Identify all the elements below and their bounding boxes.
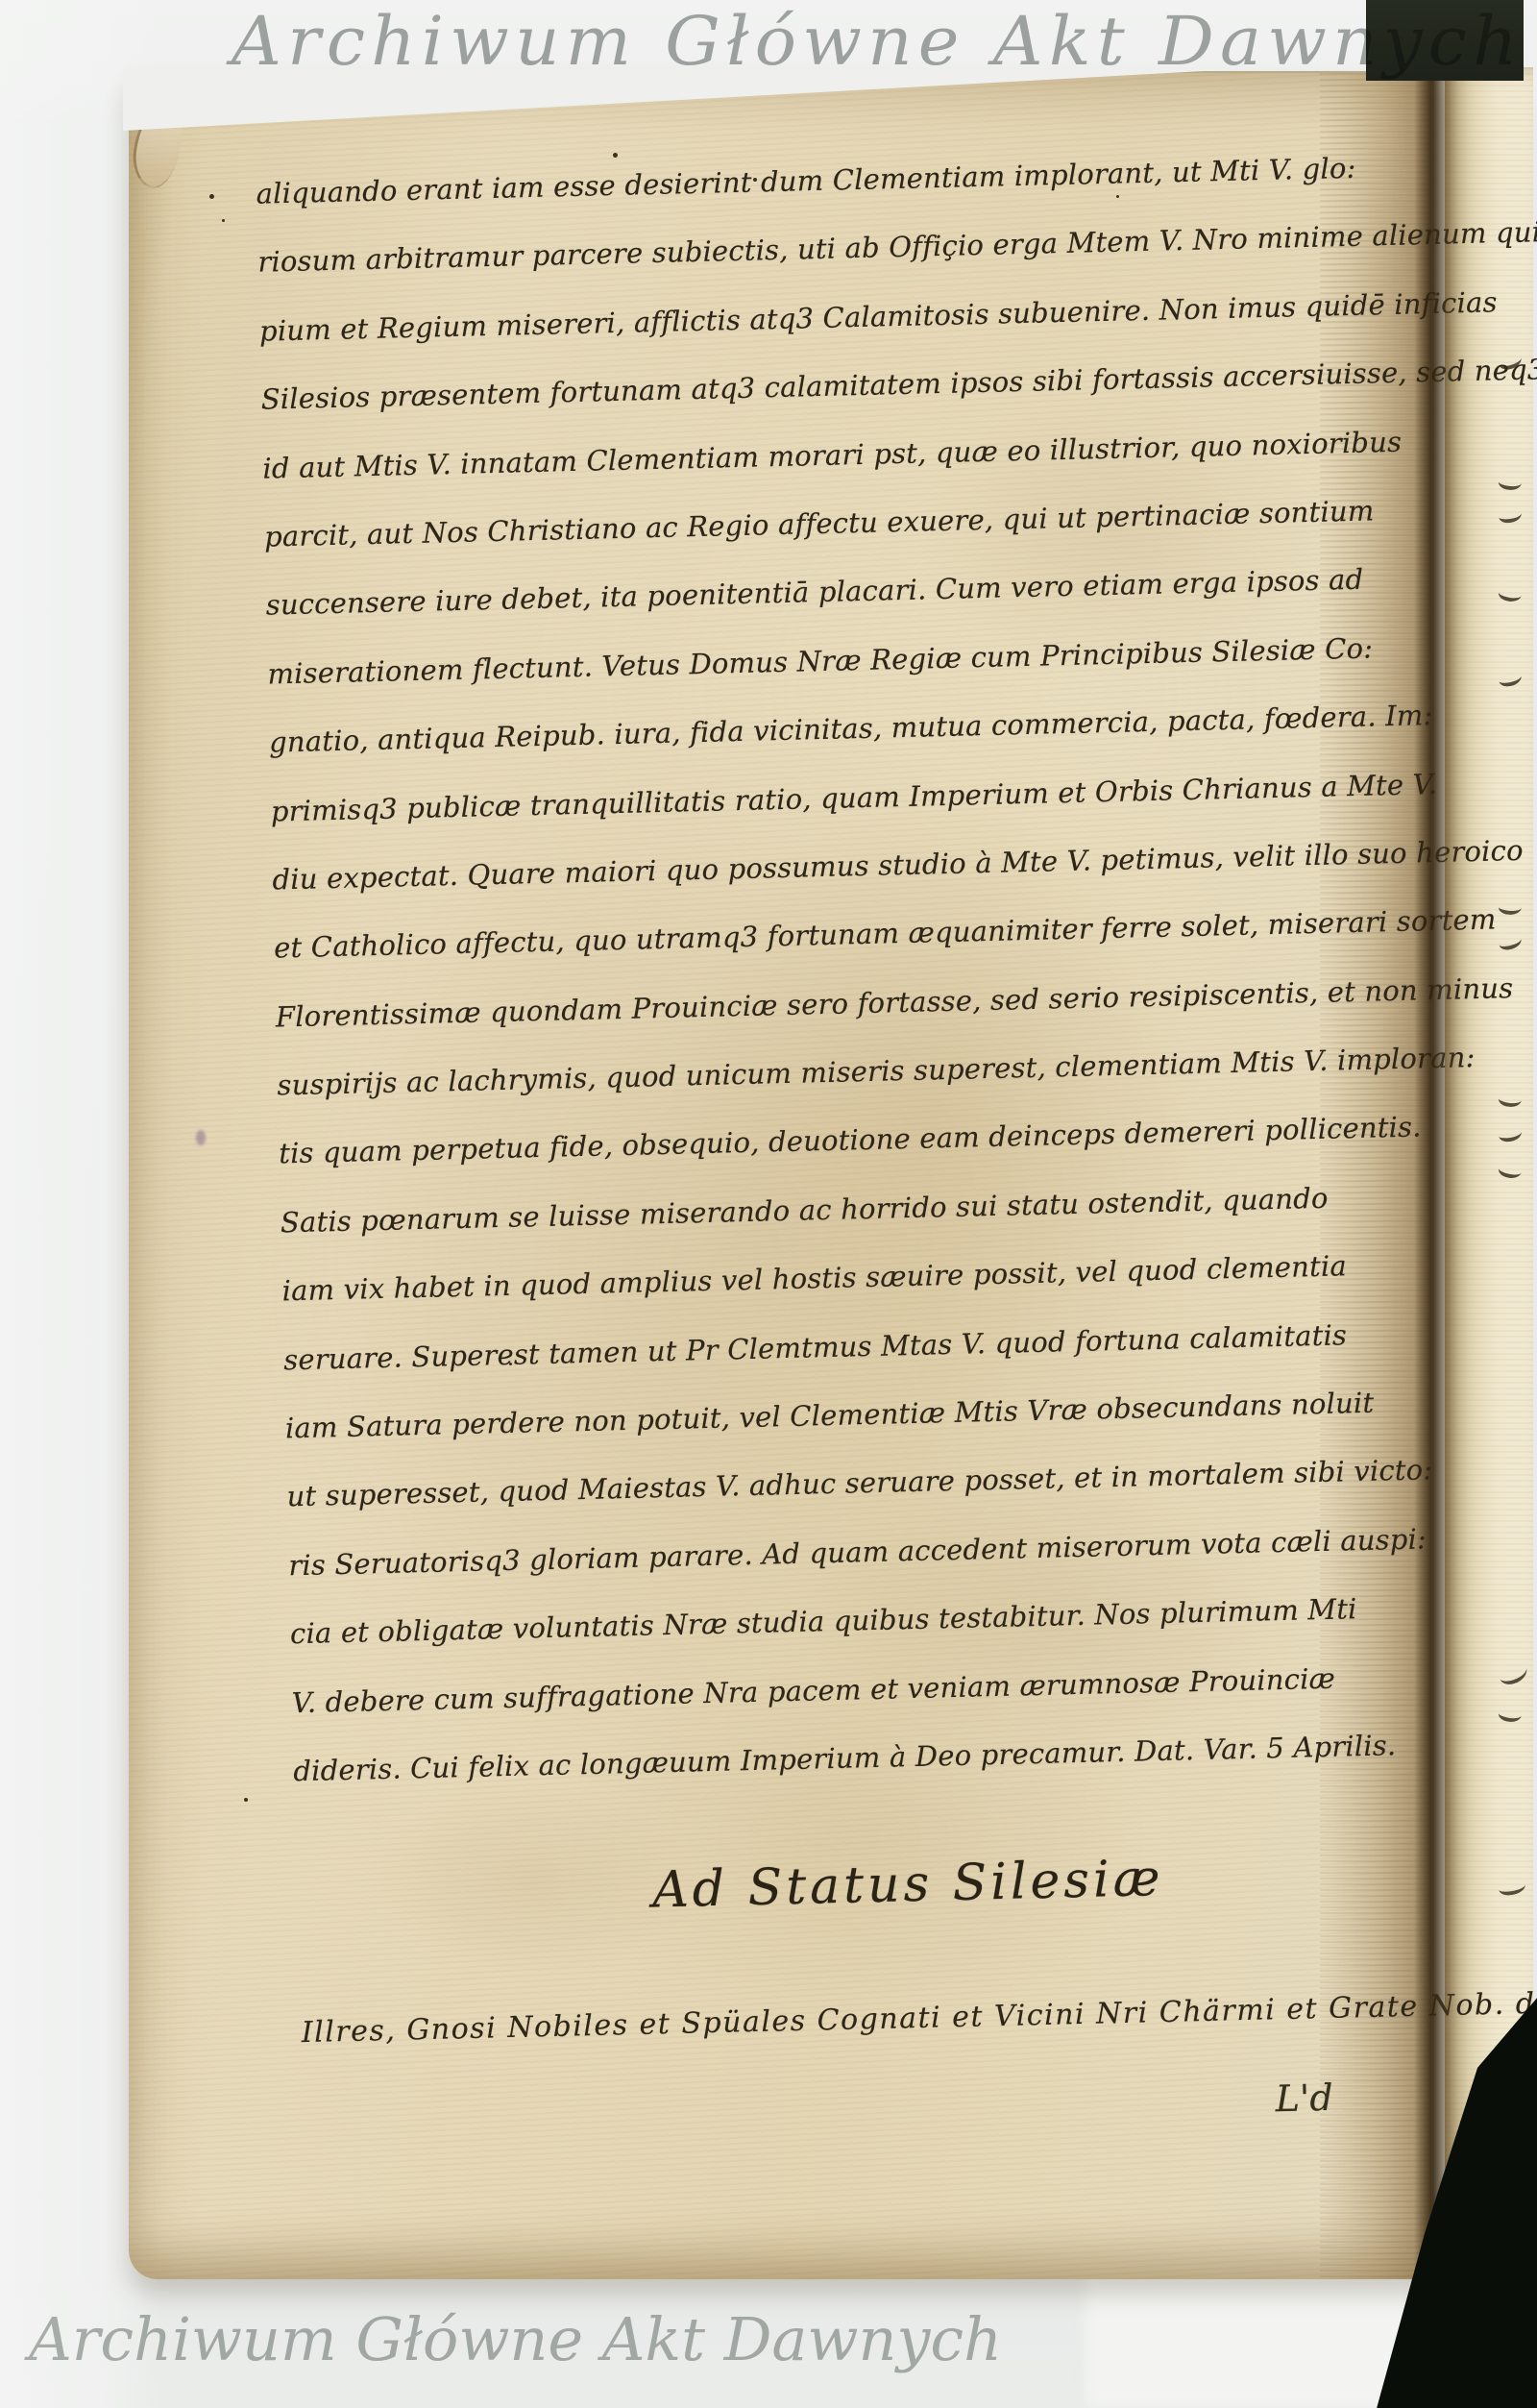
ink-fragment (1498, 669, 1523, 688)
ink-fragment (1498, 1705, 1523, 1724)
ink-fragment (1498, 898, 1523, 916)
manuscript-page: aliquando erant iam esse desierint dum C… (129, 71, 1431, 2279)
ink-fragment (1498, 1125, 1523, 1143)
salutation-line: Illres, Gnosi Nobiles et Spüales Cognati… (301, 1989, 1453, 2050)
ink-fragment (1498, 932, 1524, 952)
ink-fragment (1496, 1659, 1529, 1687)
ink-fragment (1497, 1160, 1523, 1180)
marginal-mark: L'd (1275, 2076, 1333, 2120)
archive-watermark-bottom: Archiwum Główne Akt Dawnych (29, 2304, 1002, 2374)
ink-fragment (1498, 506, 1523, 524)
ink-fragment (1498, 1878, 1526, 1897)
book-gutter-shadow (1414, 67, 1458, 2281)
section-heading: Ad Status Silesiæ (298, 1844, 1394, 1928)
ink-fragment (1498, 584, 1524, 604)
manuscript-content: aliquando erant iam esse desierint dum C… (102, 45, 1456, 2281)
ink-fragment (1498, 1090, 1523, 1109)
ink-fragment (1498, 473, 1523, 491)
manuscript-text: aliquando erant iam esse desierint dum C… (256, 135, 1397, 1806)
photo-dark-strip (1366, 0, 1524, 81)
scan-background: aliquando erant iam esse desierint dum C… (0, 0, 1537, 2408)
